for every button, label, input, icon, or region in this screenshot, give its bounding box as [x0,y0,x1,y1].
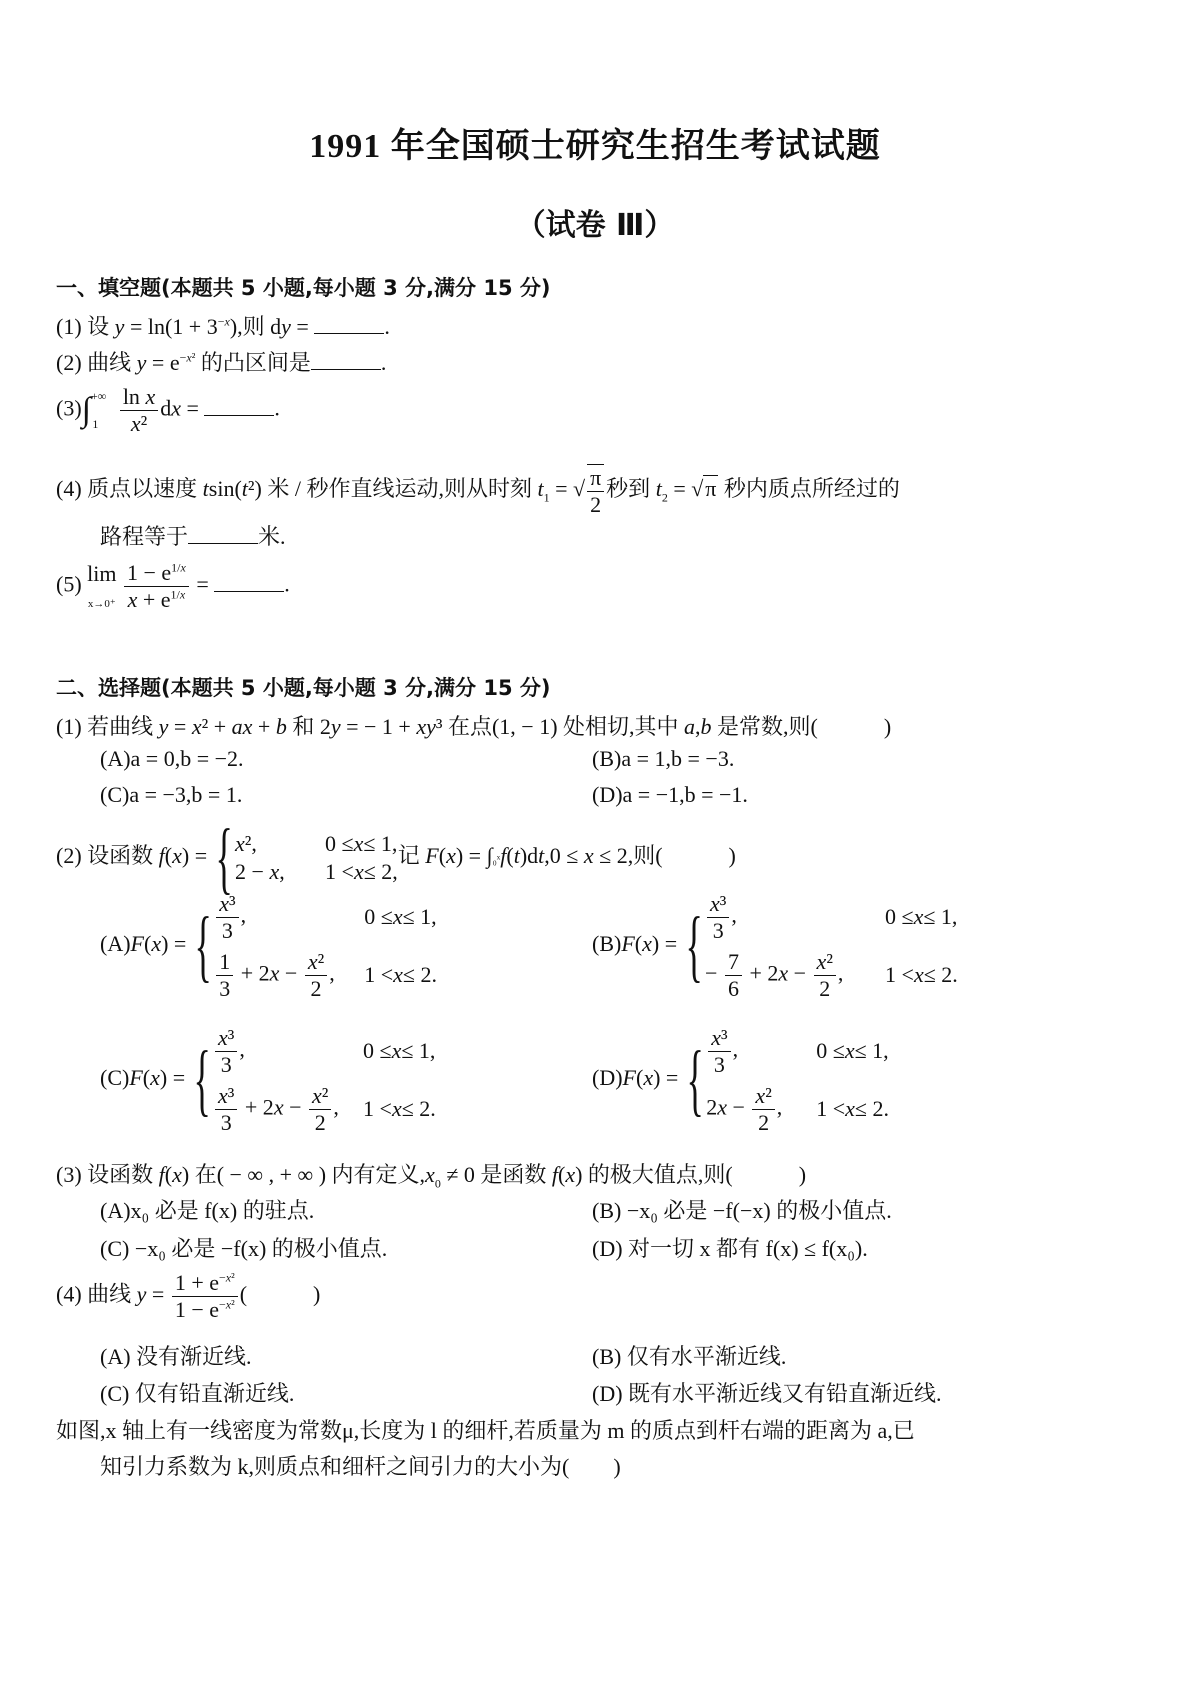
question-number: (1) [56,314,82,339]
choice-question-5: 如图,x 轴上有一线密度为常数μ,长度为 l 的细杆,若质量为 m 的质点到杆右… [56,1414,915,1445]
choice-question-1: (1) 若曲线 y = x² + ax + b 和 2y = − 1 + xy³… [56,710,891,741]
option-c[interactable]: (C) 仅有铅直渐近线. [100,1377,294,1408]
fill-question-3: (3)∫+∞1 ln xx²dx = . [56,384,280,437]
option-a[interactable]: (A)F(x) = {x³3,0 ≤ x ≤ 1,13 + 2x − x²2,1… [100,888,437,1004]
choice-question-3: (3) 设函数 f(x) 在( − ∞ , + ∞ ) 内有定义,x0 ≠ 0 … [56,1158,806,1189]
answer-blank [314,315,384,334]
section-2-heading: 二、选择题(本题共 5 小题,每小题 3 分,满分 15 分) [56,672,550,702]
choice-question-4: (4) 曲线 y = 1 + e−x²1 − e−x²( ) [56,1270,320,1323]
option-a[interactable]: (A)x₀ 必是 f(x) 的驻点. [100,1194,314,1225]
answer-blank [311,351,381,370]
fill-question-4: (4) 质点以速度 tsin(t²) 米 / 秒作直线运动,则从时刻 t1 = … [56,464,900,518]
section-1-heading: 一、填空题(本题共 5 小题,每小题 3 分,满分 15 分) [56,272,550,302]
option-d[interactable]: (D)a = −1,b = −1. [592,782,748,808]
option-a[interactable]: (A)a = 0,b = −2. [100,746,244,772]
fill-question-5: (5) limx→0⁺ 1 − e1/xx + e1/x = . [56,560,290,613]
answer-blank [214,573,284,592]
option-d[interactable]: (D) 对一切 x 都有 f(x) ≤ f(x₀). [592,1232,868,1263]
option-b[interactable]: (B) 仅有水平渐近线. [592,1340,786,1371]
option-c[interactable]: (C)F(x) = {x³3,0 ≤ x ≤ 1,x³3 + 2x − x²2,… [100,1022,436,1138]
choice-question-5-cont: 知引力系数为 k,则质点和细杆之间引力的大小为( ) [100,1450,621,1481]
page-title: 1991 年全国硕士研究生招生考试试题 [0,118,1190,167]
option-b[interactable]: (B) −x₀ 必是 −f(−x) 的极小值点. [592,1194,892,1225]
option-c[interactable]: (C) −x₀ 必是 −f(x) 的极小值点. [100,1232,387,1263]
fill-question-1: (1) 设 y = ln(1 + 3−x),则 dy = . [56,310,390,341]
option-d[interactable]: (D)F(x) = {x³3,0 ≤ x ≤ 1,2x − x²2,1 < x … [592,1022,889,1138]
answer-blank [204,397,274,416]
fill-question-2: (2) 曲线 y = e−x² 的凸区间是. [56,346,386,377]
fill-question-4-cont: 路程等于米. [100,520,286,551]
choice-question-2: (2) 设函数 f(x) = {x², 0 ≤ x ≤ 1,2 − x,1 < … [56,818,736,898]
option-b[interactable]: (B)a = 1,b = −3. [592,746,734,772]
option-a[interactable]: (A) 没有渐近线. [100,1340,252,1371]
answer-blank [188,525,258,544]
option-b[interactable]: (B)F(x) = {x³3,0 ≤ x ≤ 1,− 76 + 2x − x²2… [592,888,958,1004]
paper-subtitle: （试卷 Ⅲ） [0,200,1190,244]
integral-sign: ∫ [82,392,91,429]
option-c[interactable]: (C)a = −3,b = 1. [100,782,242,808]
option-d[interactable]: (D) 既有水平渐近线又有铅直渐近线. [592,1377,942,1408]
